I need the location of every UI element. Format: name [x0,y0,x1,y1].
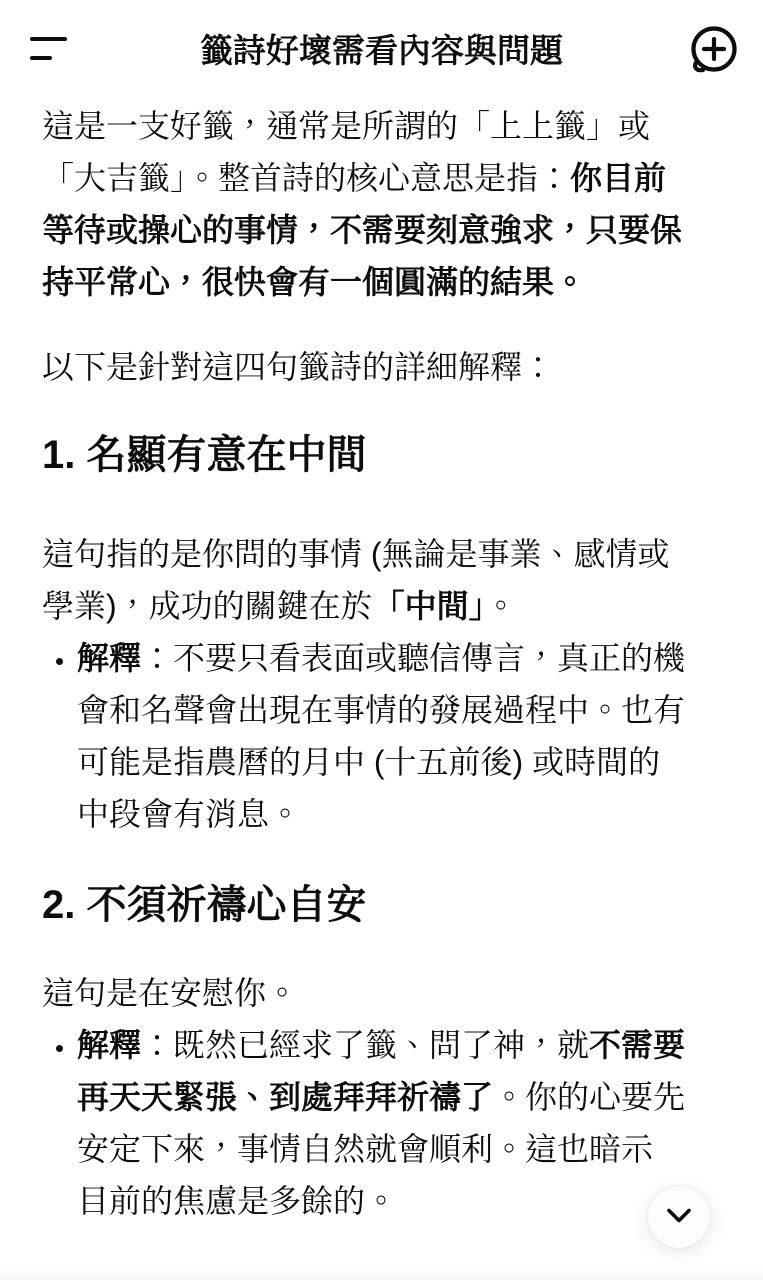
text-run: 這句指的是你問的事情 (無論是事業、感情或 學業)，成功的關鍵在於 [42,536,670,624]
paragraph: 這是一支好籤，通常是所謂的「上上籤」或 「大吉籤」。整首詩的核心意思是指：你目前… [42,100,721,308]
text-run: 2. 不須祈禱心自安 [42,883,366,927]
paragraph: 這句是在安慰你。 [42,967,721,1019]
menu-bar-line [30,56,52,60]
bullet-text: 解釋：既然已經求了籤、問了神，就不需要 再天天緊張、到處拜拜祈禱了。你的心要先 … [77,1019,721,1227]
bottom-fade [0,1270,763,1280]
text-run: 「中間」 [373,588,485,624]
text-run: ：不要只看表面或聽信傳言，真正的機 會和名聲會出現在事情的發展過程中。也有 可能… [77,640,685,832]
chevron-down-icon [656,1192,702,1243]
page-title: 籤詩好壞需看內容與問題 [200,25,563,72]
bullet-item: 解釋：既然已經求了籤、問了神，就不需要 再天天緊張、到處拜拜祈禱了。你的心要先 … [42,1019,721,1227]
text-run: 。 [485,588,517,624]
section-heading: 2. 不須祈禱心自安 [42,881,721,929]
text-run: 1. 名顯有意在中間 [42,433,366,477]
sidebar-menu-icon[interactable] [30,37,67,60]
bullet-text: 解釋：不要只看表面或聽信傳言，真正的機 會和名聲會出現在事情的發展過程中。也有 … [77,632,721,840]
paragraph: 這句指的是你問的事情 (無論是事業、感情或 學業)，成功的關鍵在於「中間」。 [42,528,721,632]
text-run: ：既然已經求了籤、問了神，就 [141,1027,589,1063]
assistant-message: 這是一支好籤，通常是所謂的「上上籤」或 「大吉籤」。整首詩的核心意思是指：你目前… [0,96,763,1227]
new-chat-icon[interactable] [687,22,739,74]
scroll-to-bottom-button[interactable] [648,1186,710,1248]
top-bar: 籤詩好壞需看內容與問題 [0,0,763,96]
text-run: 這句是在安慰你。 [42,975,298,1011]
text-run: 解釋 [77,1027,141,1063]
section-heading: 1. 名顯有意在中間 [42,431,721,479]
menu-bar-line [30,37,67,41]
paragraph: 以下是針對這四句籤詩的詳細解釋： [42,341,721,393]
text-run: 以下是針對這四句籤詩的詳細解釋： [42,349,554,385]
bullet-item: 解釋：不要只看表面或聽信傳言，真正的機 會和名聲會出現在事情的發展過程中。也有 … [42,632,721,840]
text-run: 這是一支好籤，通常是所謂的「上上籤」或 「大吉籤」。整首詩的核心意思是指： [42,108,650,196]
text-run: 解釋 [77,640,141,676]
